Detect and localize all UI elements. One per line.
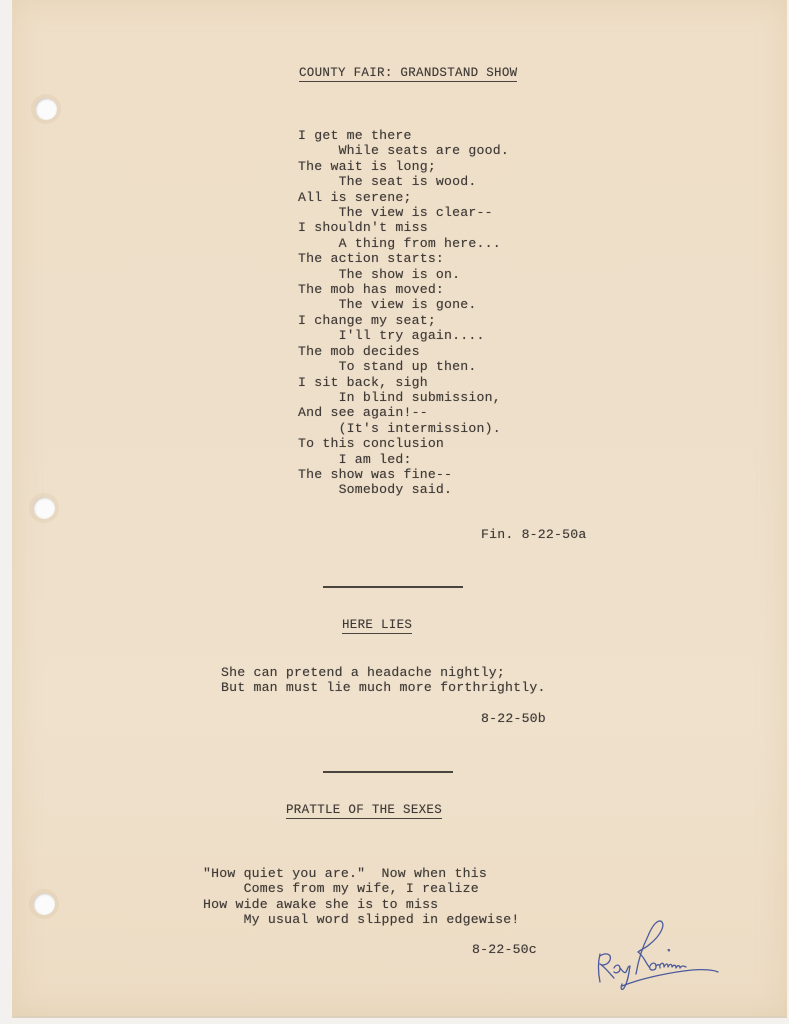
poem-body: She can pretend a headache nightly; But … bbox=[221, 665, 546, 696]
poem-body: I get me there While seats are good. The… bbox=[298, 128, 509, 498]
punch-hole bbox=[33, 497, 55, 519]
poem-title: COUNTY FAIR: GRANDSTAND SHOW bbox=[299, 66, 517, 82]
poem-date: Fin. 8-22-50a bbox=[481, 527, 586, 542]
poem-body: "How quiet you are." Now when this Comes… bbox=[203, 866, 519, 928]
handwritten-signature bbox=[592, 912, 732, 992]
section-divider bbox=[323, 586, 463, 588]
punch-hole bbox=[33, 893, 55, 915]
poem-date: 8-22-50c bbox=[472, 942, 537, 957]
scan-margin bbox=[0, 0, 12, 1024]
poem-date: 8-22-50b bbox=[481, 711, 546, 726]
poem-title: HERE LIES bbox=[342, 618, 412, 634]
punch-hole bbox=[35, 98, 57, 120]
poem-title: PRATTLE OF THE SEXES bbox=[286, 803, 442, 819]
section-divider bbox=[323, 771, 453, 773]
